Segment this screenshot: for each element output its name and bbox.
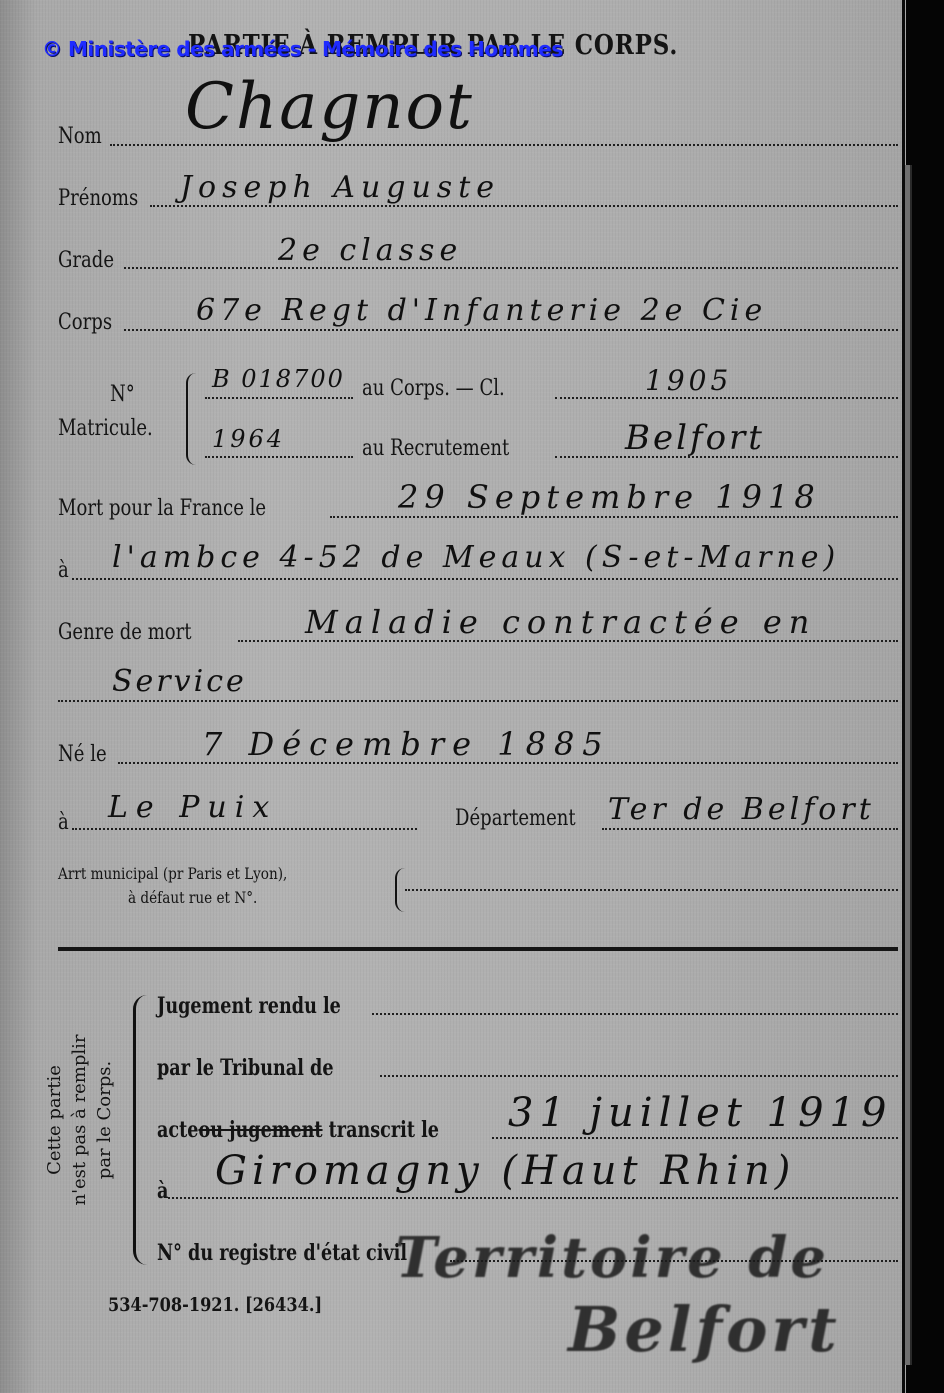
label-transcrit: acteou jugement transcrit le <box>157 1117 439 1143</box>
line-matricule-recrutement <box>205 456 353 458</box>
label-no: N° <box>110 382 135 407</box>
label-transcrit-le: transcrit le <box>329 1117 439 1143</box>
line-mort <box>330 516 898 518</box>
value-grade: 2e classe <box>278 233 462 268</box>
label-nom: Nom <box>58 124 102 149</box>
label-departement: Département <box>455 806 576 831</box>
label-ou-jugement-struck: ou jugement <box>198 1117 322 1143</box>
stamp-line1: Territoire de <box>395 1225 829 1291</box>
line-jugement <box>372 1013 898 1015</box>
value-lieu-transcription: Giromagny (Haut Rhin) <box>215 1148 795 1194</box>
value-genre-mort-2: Service <box>112 664 247 699</box>
side-note: Cette partie n'est pas à remplir par le … <box>42 1000 117 1240</box>
label-genre-mort: Genre de mort <box>58 620 192 645</box>
footer-print-code: 534-708-1921. [26434.] <box>108 1294 322 1316</box>
label-lieu-transcription: à <box>157 1178 168 1204</box>
line-matricule-corps <box>205 397 353 399</box>
section-divider <box>58 947 898 951</box>
label-grade: Grade <box>58 248 114 273</box>
line-lieu-transcription <box>168 1197 898 1199</box>
label-prenoms: Prénoms <box>58 186 138 211</box>
lower-section-brace <box>133 995 150 1265</box>
line-grade <box>124 267 898 269</box>
value-lieu-naissance: Le Puix <box>108 790 277 825</box>
value-matricule-recrutement: 1964 <box>212 425 285 453</box>
line-transcrit <box>492 1137 898 1139</box>
line-arrondissement <box>405 889 898 891</box>
label-arrondissement-2: à défaut rue et N°. <box>128 888 257 907</box>
line-departement <box>602 828 898 830</box>
value-transcrit: 31 juillet 1919 <box>508 1090 892 1136</box>
value-prenoms: Joseph Auguste <box>180 170 500 205</box>
side-note-line2: n'est pas à remplir <box>67 1000 92 1240</box>
line-nom <box>110 144 898 146</box>
label-jugement: Jugement rendu le <box>157 993 341 1019</box>
value-lieu-mort: l'ambce 4-52 de Meaux (S-et-Marne) <box>112 540 840 575</box>
line-prenoms <box>150 205 898 207</box>
value-ne-le: 7 Décembre 1885 <box>202 725 611 763</box>
line-lieu-mort <box>72 578 898 580</box>
copyright-watermark: © Ministère des armées - Mémoire des Hom… <box>42 37 563 61</box>
arrondissement-brace <box>395 868 405 912</box>
side-note-line3: par le Corps. <box>92 1000 117 1240</box>
line-corps <box>124 329 898 331</box>
label-corps: Corps <box>58 310 112 335</box>
value-departement: Ter de Belfort <box>608 792 875 827</box>
label-au-corps-classe: au Corps. — Cl. <box>362 376 505 401</box>
value-genre-mort-1: Maladie contractée en <box>305 603 816 641</box>
matricule-brace <box>186 373 198 465</box>
label-registre: N° du registre d'état civil <box>157 1240 407 1266</box>
value-nom: Chagnot <box>185 70 474 144</box>
right-border-rule-inner <box>910 165 912 1365</box>
label-arrondissement-1: Arrt municipal (pr Paris et Lyon), <box>58 864 287 883</box>
label-lieu-naissance: à <box>58 810 69 835</box>
line-lieu-naissance <box>72 828 417 830</box>
value-mort: 29 Septembre 1918 <box>398 478 821 516</box>
line-classe <box>555 397 898 399</box>
label-matricule: Matricule. <box>58 416 153 441</box>
value-recrutement: Belfort <box>625 418 765 458</box>
stamp-line2: Belfort <box>568 1293 841 1366</box>
label-au-recrutement: au Recrutement <box>362 436 509 461</box>
label-mort: Mort pour la France le <box>58 496 266 521</box>
side-note-line1: Cette partie <box>42 1000 67 1240</box>
line-genre-mort-2 <box>58 700 898 702</box>
value-corps: 67e Regt d'Infanterie 2e Cie <box>196 293 767 328</box>
label-acte: acte <box>157 1117 198 1143</box>
value-matricule-corps: B 018700 <box>212 365 345 393</box>
label-tribunal: par le Tribunal de <box>157 1055 334 1081</box>
label-lieu-mort: à <box>58 558 69 583</box>
label-ne-le: Né le <box>58 742 107 767</box>
line-tribunal <box>380 1075 898 1077</box>
value-classe: 1905 <box>645 364 732 397</box>
